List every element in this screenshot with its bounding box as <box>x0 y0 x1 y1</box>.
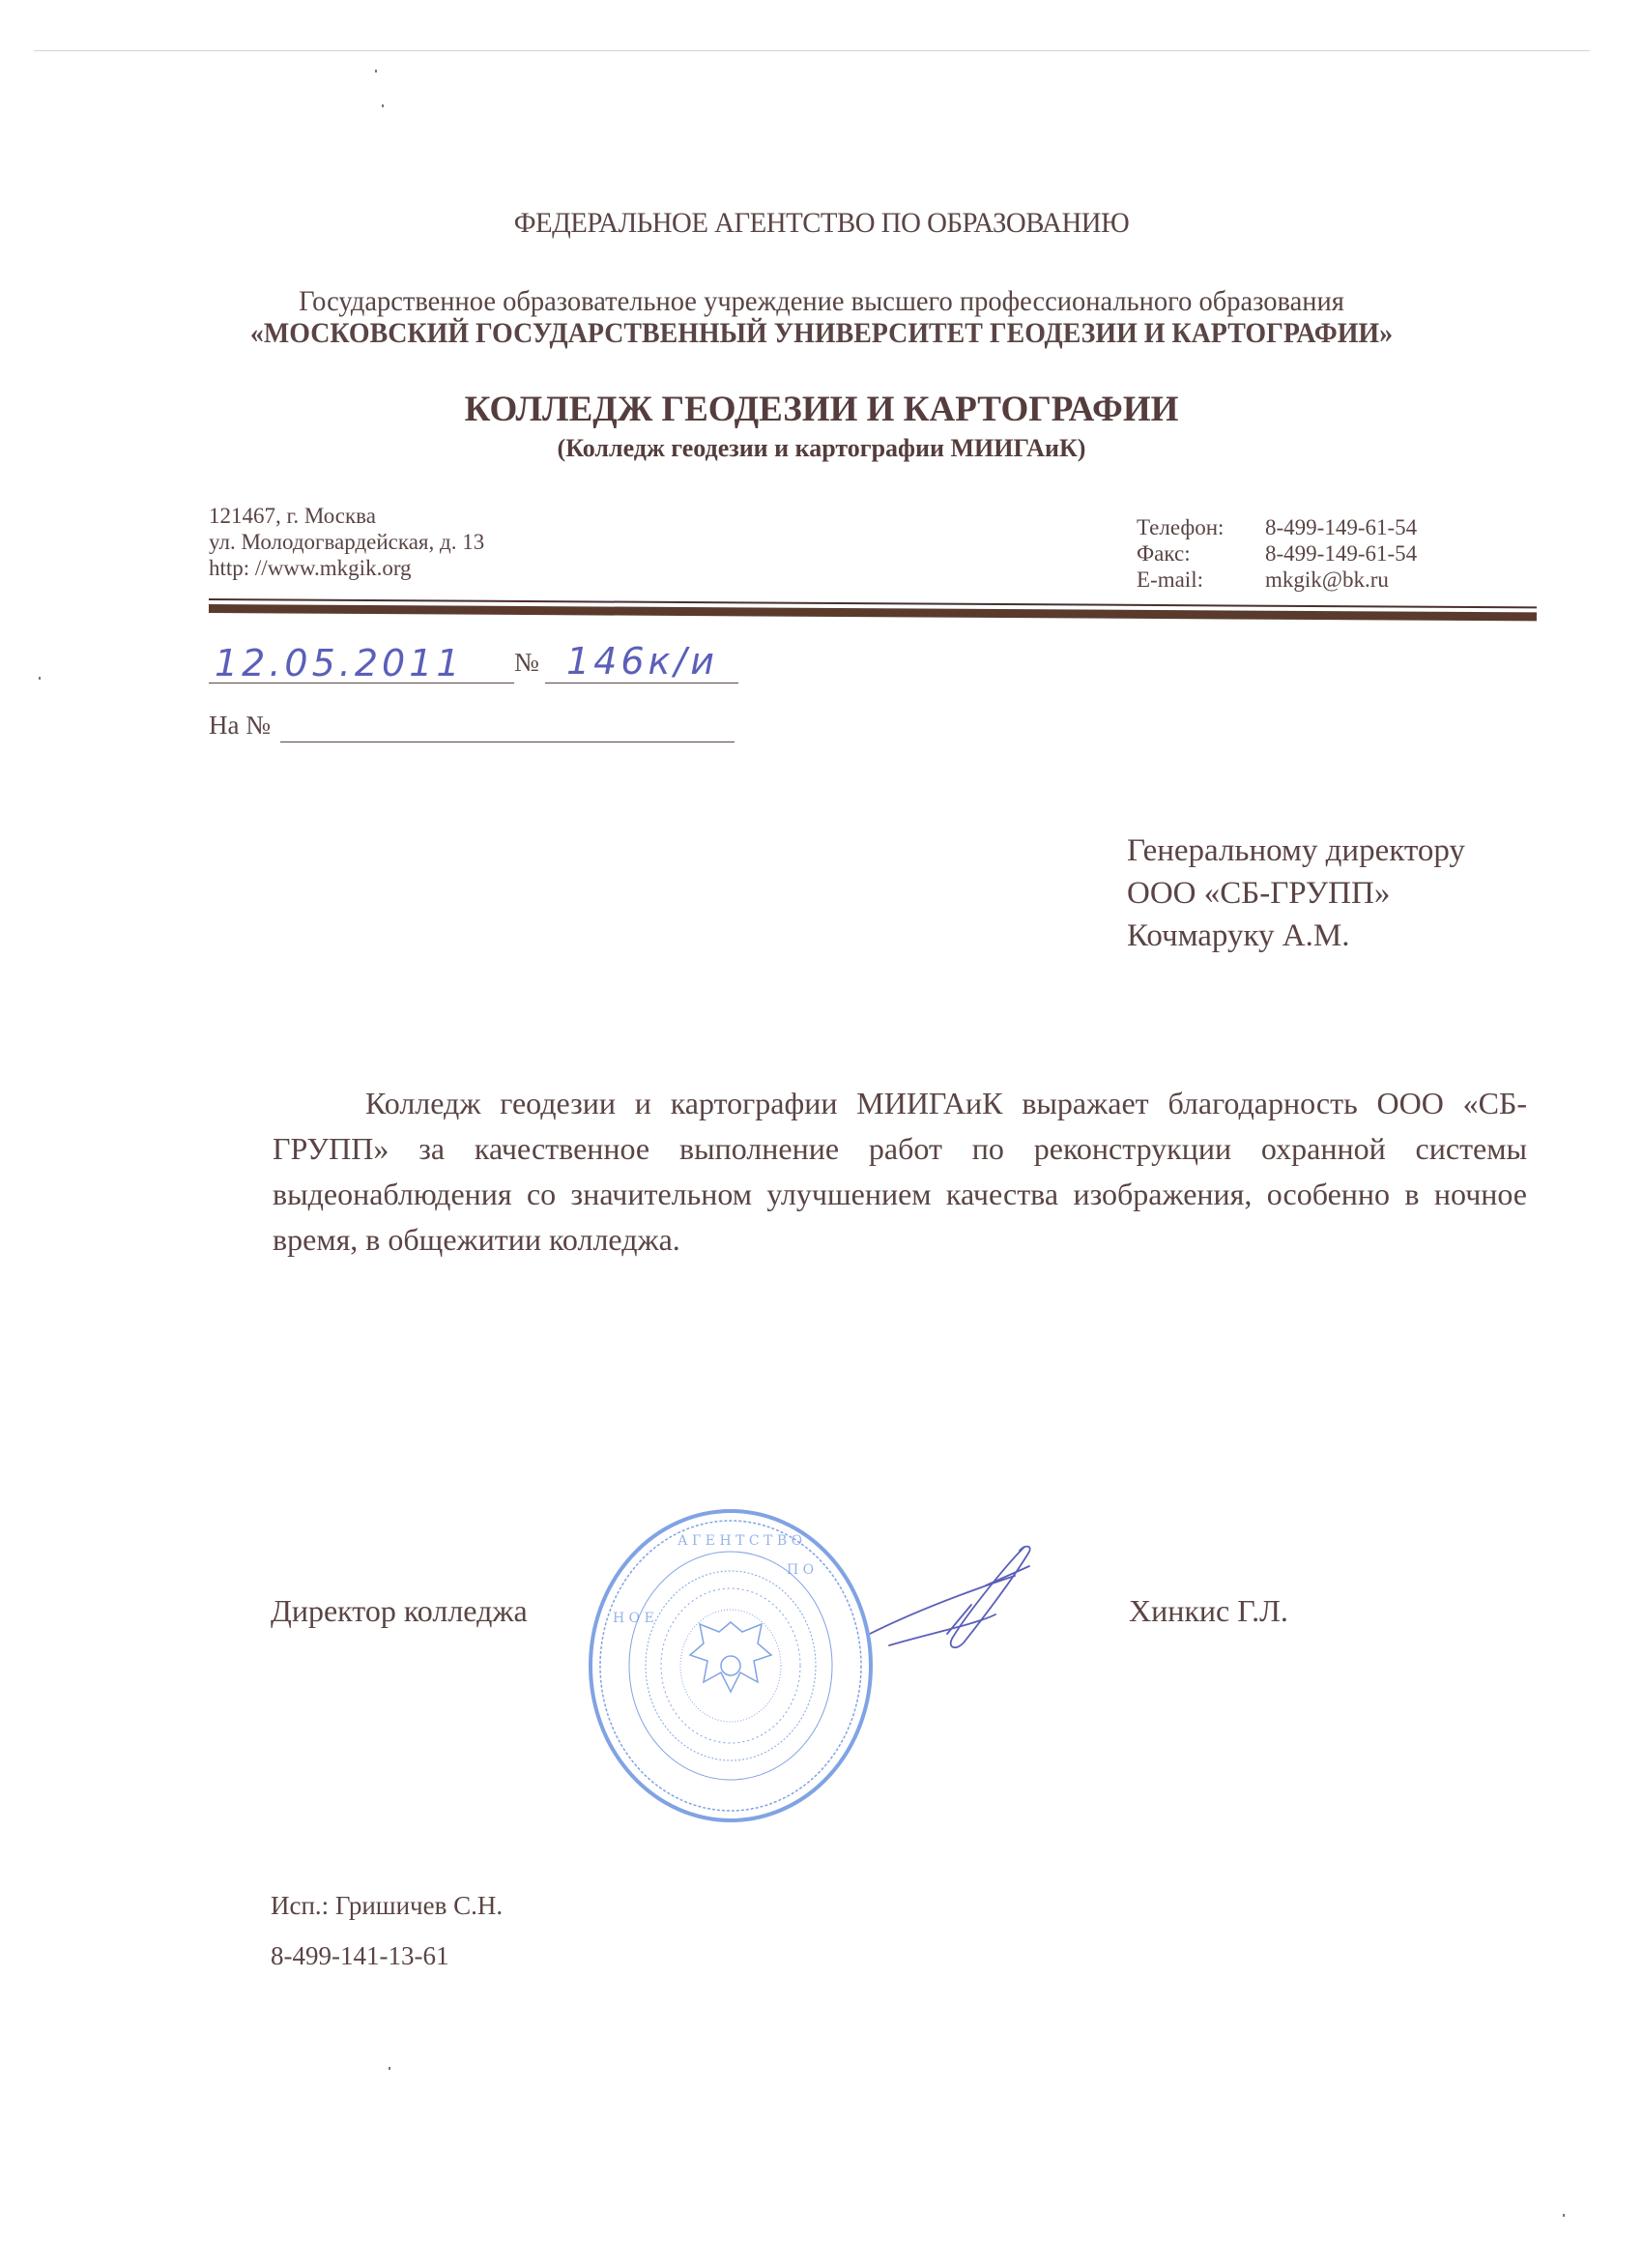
contact-label: Телефон: <box>1137 514 1265 540</box>
registration-date: 12.05.2011 <box>215 642 464 684</box>
contact-value: mkgik@bk.ru <box>1265 567 1389 593</box>
svg-text:А Г Е Н Т С Т В О: А Г Е Н Т С Т В О <box>677 1533 802 1549</box>
scan-speck <box>389 2067 390 2070</box>
college-title: КОЛЛЕДЖ ГЕОДЕЗИИ И КАРТОГРАФИИ <box>0 389 1643 430</box>
address-city: 121467, г. Москва <box>209 503 484 529</box>
recipient-company: ООО «СБ-ГРУПП» <box>1127 872 1465 915</box>
signatory-name: Хинкис Г.Л. <box>1129 1593 1288 1629</box>
scan-speck <box>382 104 384 107</box>
recipient-name: Кочмаруку А.М. <box>1127 915 1465 957</box>
university-name: «МОСКОВСКИЙ ГОСУДАРСТВЕННЫЙ УНИВЕРСИТЕТ … <box>58 317 1586 350</box>
contact-email: E-mail: mkgik@bk.ru <box>1137 567 1417 593</box>
executor-name: Исп.: Гришичев С.Н. <box>271 1891 503 1921</box>
recipient-position: Генеральному директору <box>1127 829 1465 872</box>
executor-phone: 8-499-141-13-61 <box>271 1941 448 1971</box>
scan-speck <box>1563 2214 1565 2217</box>
contact-phone: Телефон: 8-499-149-61-54 <box>1137 514 1417 540</box>
contact-value: 8-499-149-61-54 <box>1265 540 1417 567</box>
address-street: ул. Молодогвардейская, д. 13 <box>209 529 484 555</box>
agency-heading: ФЕДЕРАЛЬНОЕ АГЕНТСТВО ПО ОБРАЗОВАНИЮ <box>33 207 1610 240</box>
contact-label: E-mail: <box>1137 567 1265 593</box>
contact-fax: Факс: 8-499-149-61-54 <box>1137 540 1417 567</box>
reply-to-label: На № <box>209 711 271 741</box>
official-seal-icon: А Г Е Н Т С Т В О П О Н О Е <box>586 1506 876 1825</box>
number-underline <box>545 683 738 683</box>
date-underline <box>209 683 514 683</box>
signatory-position: Директор колледжа <box>271 1593 528 1629</box>
scan-edge-line <box>34 50 1590 51</box>
contacts-block: Телефон: 8-499-149-61-54 Факс: 8-499-149… <box>1137 514 1417 593</box>
number-label: № <box>514 648 539 678</box>
college-subtitle: (Колледж геодезии и картографии МИИГАиК) <box>0 434 1643 463</box>
address-block: 121467, г. Москва ул. Молодогвардейская,… <box>209 503 484 581</box>
scan-speck <box>39 677 41 680</box>
scan-speck <box>375 70 377 73</box>
website: http: //www.mkgik.org <box>209 555 484 581</box>
svg-text:Н О Е: Н О Е <box>613 1611 654 1626</box>
registration-number: 146к/и <box>566 640 718 683</box>
institution-type: Государственное образовательное учрежден… <box>42 285 1602 318</box>
contact-value: 8-499-149-61-54 <box>1265 514 1417 540</box>
recipient-block: Генеральному директору ООО «СБ-ГРУПП» Ко… <box>1127 829 1465 957</box>
svg-text:П О: П О <box>787 1562 814 1578</box>
letter-body: Колледж геодезии и картографии МИИГАиК в… <box>273 1081 1527 1263</box>
handwritten-signature-icon <box>870 1537 1082 1682</box>
contact-label: Факс: <box>1137 540 1265 567</box>
reply-to-underline <box>280 741 735 742</box>
